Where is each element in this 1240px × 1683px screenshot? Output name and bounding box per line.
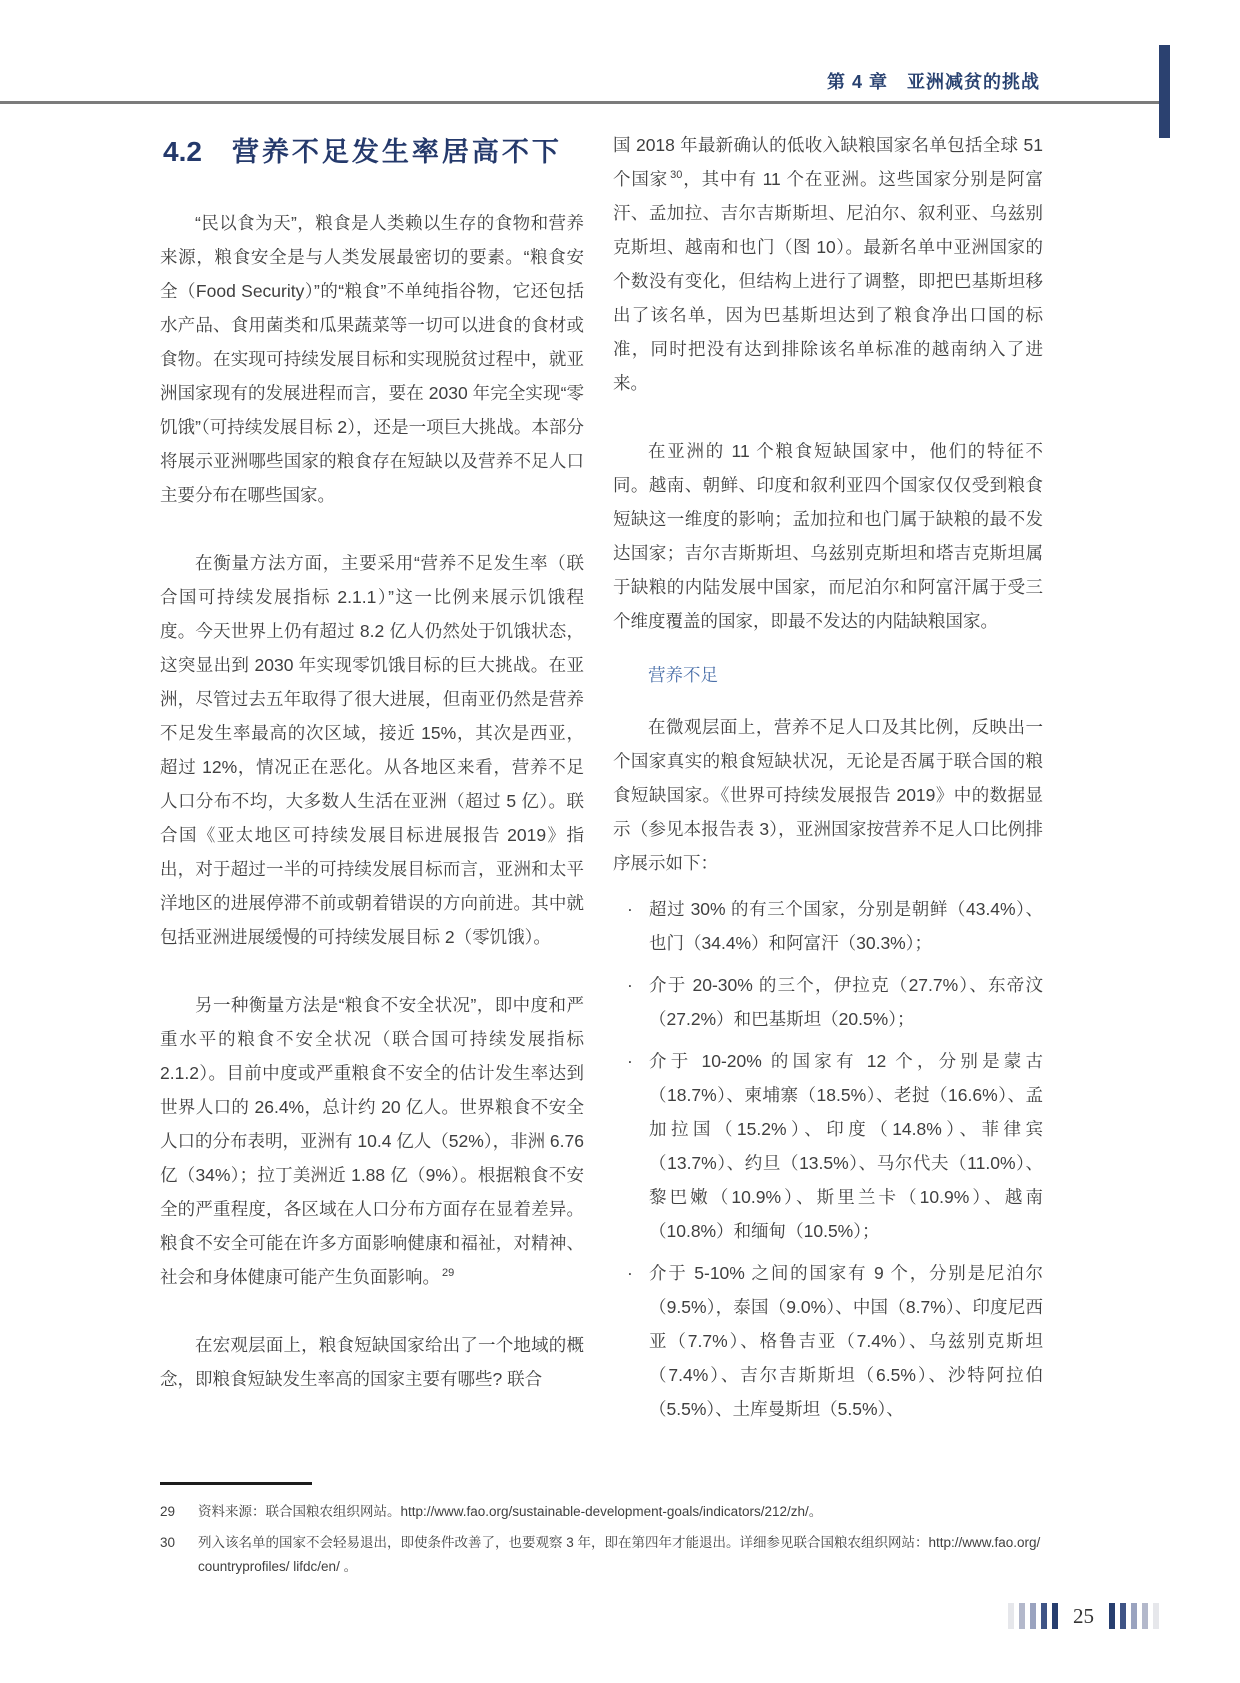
left-paragraph-3: 另一种衡量方法是“粮食不安全状况”，即中度和严重水平的粮食不安全状况（联合国可持…	[160, 988, 584, 1294]
bullet-marker: ·	[627, 892, 633, 926]
footer-bar	[1142, 1603, 1148, 1629]
bullet-text: 超过 30% 的有三个国家，分别是朝鲜（43.4%）、也门（34.4%）和阿富汗…	[649, 899, 1043, 953]
footer-bar	[1008, 1603, 1014, 1629]
footer-bar	[1109, 1603, 1115, 1629]
document-page: 第 4 章 亚洲减贫的挑战 4.2 营养不足发生率居高不下 “民以食为天”，粮食…	[0, 0, 1240, 1683]
left-paragraph-1: “民以食为天”，粮食是人类赖以生存的食物和营养来源，粮食安全是与人类发展最密切的…	[160, 206, 584, 512]
footer-bar	[1030, 1603, 1036, 1629]
header-accent-bar	[1159, 45, 1170, 138]
footer-bar	[1131, 1603, 1137, 1629]
footnote-30: 30 列入该名单的国家不会轻易退出，即使条件改善了，也要观察 3 年，即在第四年…	[160, 1531, 1042, 1579]
footer-bars-left	[1008, 1603, 1058, 1629]
bullet-item-over-30pct: · 超过 30% 的有三个国家，分别是朝鲜（43.4%）、也门（34.4%）和阿…	[613, 892, 1043, 960]
right-paragraph-1-text-b: ，其中有 11 个在亚洲。这些国家分别是阿富汗、孟加拉、吉尔吉斯斯坦、尼泊尔、叙…	[613, 169, 1043, 393]
header-rule	[0, 101, 1159, 104]
footnote-29: 29 资料来源：联合国粮农组织网站。http://www.fao.org/sus…	[160, 1500, 1042, 1524]
bullet-marker: ·	[627, 1044, 633, 1078]
left-paragraph-4: 在宏观层面上，粮食短缺国家给出了一个地域的概念，即粮食短缺发生率高的国家主要有哪…	[160, 1328, 584, 1396]
footer-bar	[1052, 1603, 1058, 1629]
footer-bar	[1041, 1603, 1047, 1629]
footnotes-section: 29 资料来源：联合国粮农组织网站。http://www.fao.org/sus…	[160, 1482, 1042, 1586]
footer-bar	[1153, 1603, 1159, 1629]
footnote-ref-30: 30	[670, 169, 682, 181]
chapter-heading: 第 4 章 亚洲减贫的挑战	[827, 68, 1040, 94]
footnote-ref-29: 29	[442, 1267, 454, 1279]
bullet-text: 介于 10-20% 的国家有 12 个，分别是蒙古（18.7%）、柬埔寨（18.…	[649, 1051, 1043, 1241]
footer-bar	[1120, 1603, 1126, 1629]
bullet-text: 介于 5-10% 之间的国家有 9 个，分别是尼泊尔（9.5%），泰国（9.0%…	[649, 1263, 1043, 1419]
section-number: 4.2	[163, 136, 202, 168]
bullet-text: 介于 20-30% 的三个，伊拉克（27.7%）、东帝汶（27.2%）和巴基斯坦…	[649, 975, 1043, 1029]
subheading-undernourishment: 营养不足	[613, 658, 1043, 692]
right-paragraph-3: 在微观层面上，营养不足人口及其比例，反映出一个国家真实的粮食短缺状况，无论是否属…	[613, 710, 1043, 880]
bullet-marker: ·	[627, 968, 633, 1002]
page-number: 25	[1073, 1604, 1094, 1629]
footnote-separator-rule	[160, 1482, 312, 1485]
bullet-item-20-30pct: · 介于 20-30% 的三个，伊拉克（27.7%）、东帝汶（27.2%）和巴基…	[613, 968, 1043, 1036]
footnote-number: 30	[160, 1531, 198, 1579]
right-paragraph-1: 国 2018 年最新确认的低收入缺粮国家名单包括全球 51 个国家30，其中有 …	[613, 128, 1043, 400]
left-paragraph-2: 在衡量方法方面，主要采用“营养不足发生率（联合国可持续发展指标 2.1.1）”这…	[160, 546, 584, 954]
left-paragraph-3-text: 另一种衡量方法是“粮食不安全状况”，即中度和严重水平的粮食不安全状况（联合国可持…	[160, 995, 584, 1287]
right-paragraph-2: 在亚洲的 11 个粮食短缺国家中，他们的特征不同。越南、朝鲜、印度和叙利亚四个国…	[613, 434, 1043, 638]
section-title-row: 4.2 营养不足发生率居高不下	[163, 130, 562, 169]
footnote-text: 列入该名单的国家不会轻易退出，即使条件改善了，也要观察 3 年，即在第四年才能退…	[198, 1531, 1042, 1579]
section-title: 营养不足发生率居高不下	[232, 130, 562, 169]
page-footer: 25	[1008, 1603, 1159, 1629]
bullet-item-5-10pct: · 介于 5-10% 之间的国家有 9 个，分别是尼泊尔（9.5%），泰国（9.…	[613, 1256, 1043, 1426]
footnote-number: 29	[160, 1500, 198, 1524]
footer-bars-right	[1109, 1603, 1159, 1629]
footer-bar	[1019, 1603, 1025, 1629]
bullet-marker: ·	[627, 1256, 633, 1290]
left-column: “民以食为天”，粮食是人类赖以生存的食物和营养来源，粮食安全是与人类发展最密切的…	[160, 206, 584, 1430]
right-column: 国 2018 年最新确认的低收入缺粮国家名单包括全球 51 个国家30，其中有 …	[613, 128, 1043, 1434]
bullet-item-10-20pct: · 介于 10-20% 的国家有 12 个，分别是蒙古（18.7%）、柬埔寨（1…	[613, 1044, 1043, 1248]
footnote-text: 资料来源：联合国粮农组织网站。http://www.fao.org/sustai…	[198, 1500, 1042, 1524]
